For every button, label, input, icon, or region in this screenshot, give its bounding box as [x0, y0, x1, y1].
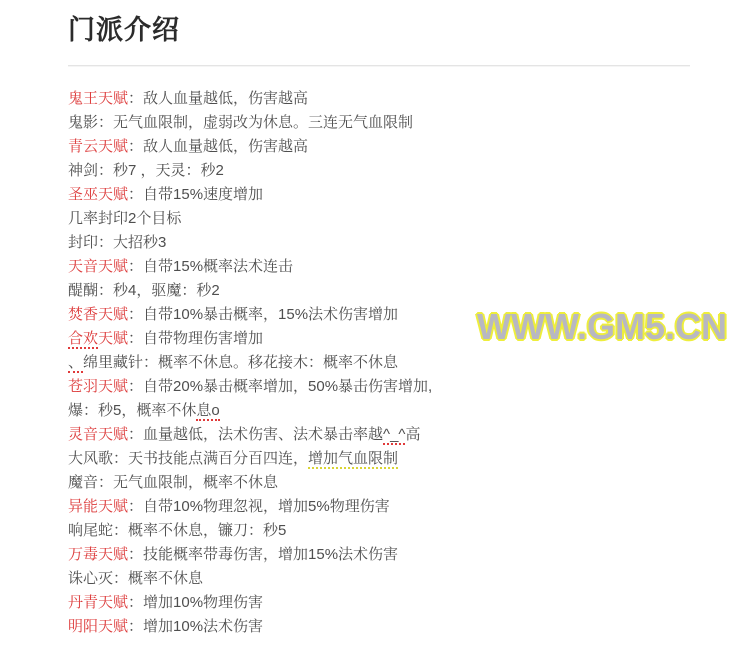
line-text: 响尾蛇：概率不休息，镰刀：秒5: [68, 522, 286, 539]
line-text: ：自带10%暴击概率，15%法术伤害增加: [128, 306, 398, 323]
talent-name: 天音天赋: [68, 258, 128, 275]
talent-line: 丹青天赋：增加10%物理伤害: [68, 591, 698, 615]
talent-line: 诛心灭：概率不休息: [68, 567, 698, 591]
talent-name: 苍羽天赋: [68, 378, 128, 395]
line-text: 爆：秒5，概率不休: [68, 402, 196, 419]
talent-line: 苍羽天赋：自带20%暴击概率增加，50%暴击伤害增加,: [68, 375, 698, 399]
talent-line: 圣巫天赋：自带15%速度增加: [68, 183, 698, 207]
line-text: 几率封印2个目标: [68, 210, 181, 227]
talent-line: 鬼影：无气血限制，虚弱改为休息。三连无气血限制: [68, 111, 698, 135]
talent-name: 青云天赋: [68, 138, 128, 155]
line-text: ：增加10%法术伤害: [128, 618, 263, 635]
line-text: 封印：大招秒3: [68, 234, 166, 251]
line-text: ：自带物理伤害增加: [128, 330, 263, 347]
line-text: 魔音：无气血限制，概率不休息: [68, 474, 278, 491]
watermark: WWW.GM5.CN: [477, 306, 727, 348]
talent-name: 万毒天赋: [68, 546, 128, 563]
line-text: 高: [405, 426, 420, 443]
talent-line: 封印：大招秒3: [68, 231, 698, 255]
line-text: 增加气血限制: [308, 450, 398, 469]
talent-line: 青云天赋：敌人血量越低，伤害越高: [68, 135, 698, 159]
page-title: 门派介绍: [68, 14, 698, 46]
title-divider: [68, 65, 690, 67]
talent-line: 爆：秒5，概率不休息o: [68, 399, 698, 423]
talent-name: 明阳天赋: [68, 618, 128, 635]
talent-line: 天音天赋：自带15%概率法术连击: [68, 255, 698, 279]
line-text: ：自带15%概率法术连击: [128, 258, 293, 275]
talent-line: 、绵里藏针：概率不休息。移花接木：概率不休息: [68, 351, 698, 375]
line-text: ：自带15%速度增加: [128, 186, 263, 203]
talent-name: 鬼王天赋: [68, 90, 128, 107]
talent-line: 大风歌：天书技能点满百分百四连，增加气血限制: [68, 447, 698, 471]
line-text: ：敌人血量越低，伤害越高: [128, 90, 308, 107]
line-text: ：技能概率带毒伤害，增加15%法术伤害: [128, 546, 398, 563]
talent-name: 天赋: [98, 330, 128, 347]
talent-name: 灵音天赋: [68, 426, 128, 443]
talent-name: 丹青天赋: [68, 594, 128, 611]
line-text: ：自带10%物理忽视，增加5%物理伤害: [128, 498, 390, 515]
talent-name: 焚香天赋: [68, 306, 128, 323]
line-text: 、: [68, 354, 83, 373]
talent-line: 明阳天赋：增加10%法术伤害: [68, 615, 698, 639]
talent-line: 灵音天赋：血量越低，法术伤害、法术暴击率越^_^高: [68, 423, 698, 447]
talent-line: 几率封印2个目标: [68, 207, 698, 231]
line-text: 诛心灭：概率不休息: [68, 570, 203, 587]
talent-line: 魔音：无气血限制，概率不休息: [68, 471, 698, 495]
talent-name: 圣巫天赋: [68, 186, 128, 203]
line-text: 鬼影：无气血限制，虚弱改为休息。三连无气血限制: [68, 114, 413, 131]
talent-line: 异能天赋：自带10%物理忽视，增加5%物理伤害: [68, 495, 698, 519]
talent-line: 万毒天赋：技能概率带毒伤害，增加15%法术伤害: [68, 543, 698, 567]
talent-line: 鬼王天赋：敌人血量越低，伤害越高: [68, 87, 698, 111]
talent-line: 醍醐：秒4，驱魔：秒2: [68, 279, 698, 303]
talent-name: 合欢: [68, 330, 98, 349]
line-text: 息o: [196, 402, 219, 421]
line-text: ：增加10%物理伤害: [128, 594, 263, 611]
talent-line: 响尾蛇：概率不休息，镰刀：秒5: [68, 519, 698, 543]
line-text: 神剑：秒7 ，天灵：秒2: [68, 162, 224, 179]
line-text: ^_^: [383, 426, 405, 445]
line-text: 绵里藏针：概率不休息。移花接木：概率不休息: [83, 354, 398, 371]
talent-list: 鬼王天赋：敌人血量越低，伤害越高鬼影：无气血限制，虚弱改为休息。三连无气血限制青…: [68, 87, 698, 639]
line-text: ：血量越低，法术伤害、法术暴击率越: [128, 426, 383, 443]
line-text: 大风歌：天书技能点满百分百四连，: [68, 450, 308, 467]
talent-line: 神剑：秒7 ，天灵：秒2: [68, 159, 698, 183]
line-text: ：敌人血量越低，伤害越高: [128, 138, 308, 155]
talent-name: 异能天赋: [68, 498, 128, 515]
line-text: ：自带20%暴击概率增加，50%暴击伤害增加,: [128, 378, 432, 395]
line-text: 醍醐：秒4，驱魔：秒2: [68, 282, 220, 299]
